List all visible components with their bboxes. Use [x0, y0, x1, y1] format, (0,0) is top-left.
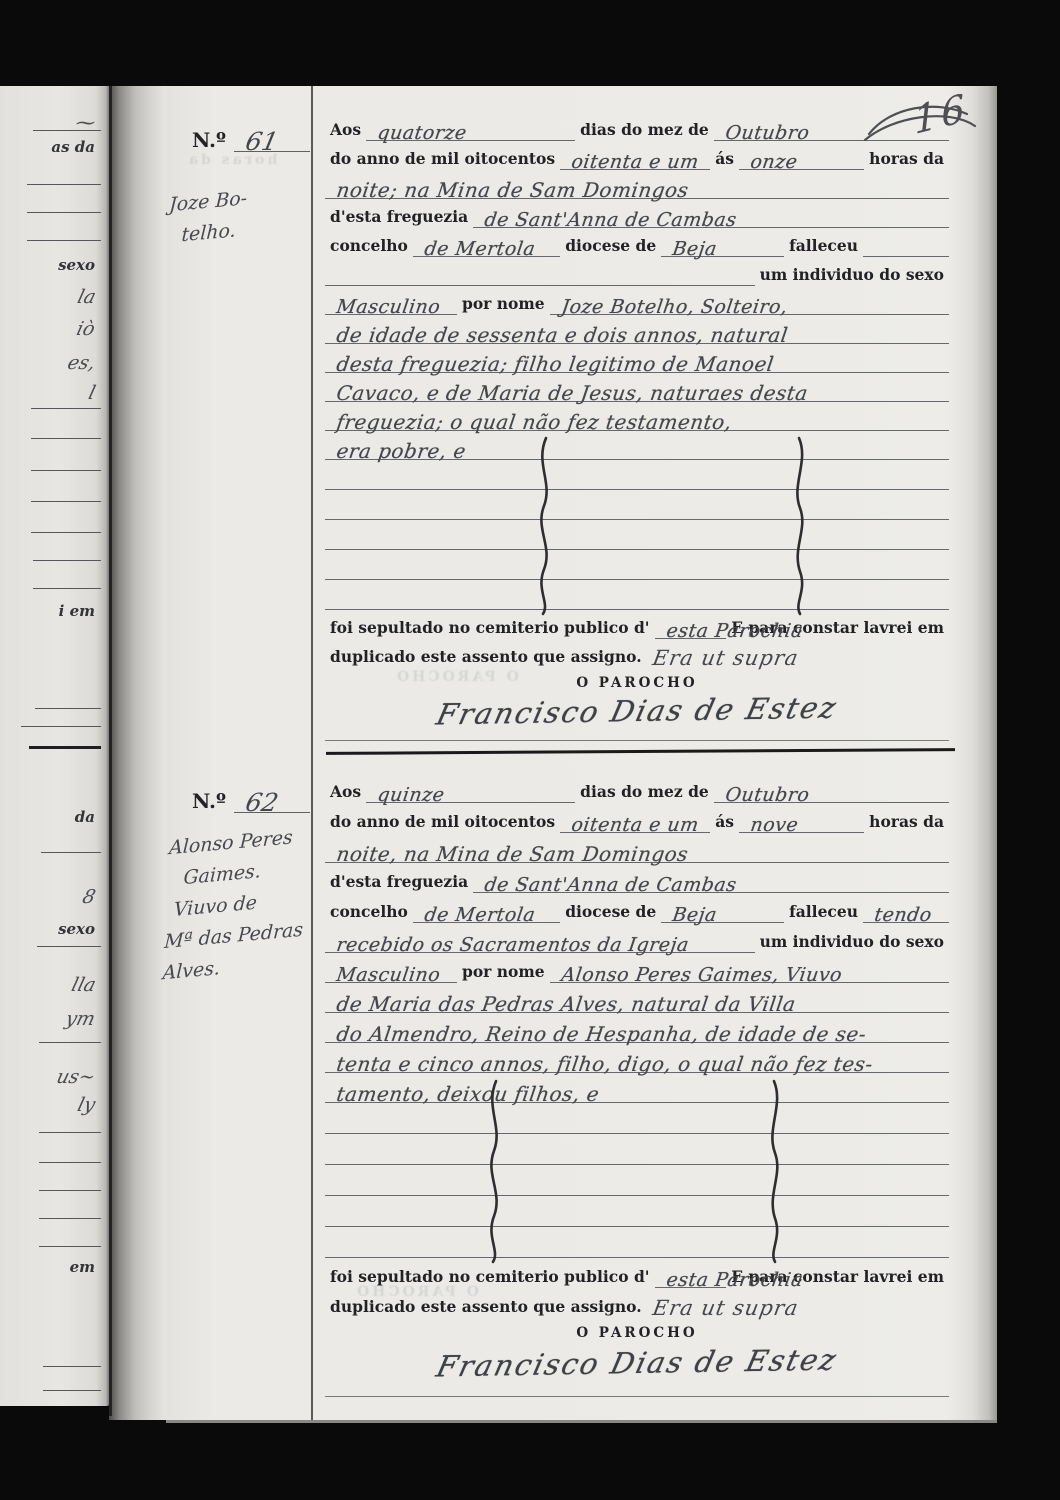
entry-margin-column: N.º 61 Joze Bo-telho.	[166, 112, 311, 741]
facing-page-rule	[43, 1390, 101, 1391]
printed-desta-freguezia: d'esta freguezia	[325, 207, 473, 228]
facing-page-rule	[31, 408, 101, 409]
printed-as: ás	[710, 149, 739, 170]
facing-page-thick-rule	[29, 746, 101, 749]
blank-line	[325, 580, 949, 610]
facing-page-rule	[31, 470, 101, 471]
ruled-line: tamento, deixou filhos, e	[325, 1072, 949, 1103]
printed-diocese-de: diocese de	[560, 902, 661, 923]
place-line: noite, na Mina de Sam Domingos	[325, 832, 949, 863]
ruled-line: Cavaco, e de Maria de Jesus, naturaes de…	[325, 372, 949, 402]
printed-aos: Aos	[325, 120, 366, 141]
facing-page-rule	[21, 726, 101, 727]
form-row-nome: Masculino por nome Joze Botelho, Solteir…	[325, 286, 949, 315]
priest-signature-row: Francisco Dias de Estez	[325, 694, 949, 741]
body-line-row: do Almendro, Reino de Hespanha, de idade…	[325, 1013, 949, 1043]
entry-number-row: N.º 62	[166, 773, 311, 813]
form-row-year-hour: do anno de mil oitocentos oitenta e um á…	[325, 803, 949, 833]
ink-bleedthrough: horas da	[186, 152, 278, 168]
printed-dias-do-mez: dias do mez de	[575, 782, 714, 803]
concelho-line: de Mertola	[413, 892, 560, 923]
body-line-row: desta freguezia; filho legitimo de Manoe…	[325, 344, 949, 373]
blank-line	[325, 490, 949, 520]
facing-page-ink-fragment: es,	[65, 352, 98, 374]
priest-signature-row: Francisco Dias de Estez	[325, 1346, 949, 1397]
entry-body-column: Aos quatorze dias do mez de Outubro do a…	[311, 112, 997, 741]
entry-divider-rule	[326, 748, 955, 755]
facing-page-rule	[33, 560, 101, 561]
form-row-duplicado: duplicado este assento que assigno. Era …	[325, 639, 949, 668]
entry-number-line: 61	[234, 111, 310, 152]
ink-bleedthrough: O PAROCHO	[354, 1284, 479, 1300]
printed-do-anno: do anno de mil oitocentos	[325, 149, 560, 170]
body-line-row: era pobre, e	[325, 431, 949, 460]
entry-number-line: 62	[234, 772, 310, 813]
sexo-line: Masculino	[325, 285, 457, 315]
facing-page-ink-fragment: 8	[80, 886, 98, 908]
priest-signature: Francisco Dias de Estez	[433, 691, 841, 732]
printed-concelho: concelho	[325, 902, 413, 923]
printed-falleceu: falleceu	[784, 236, 863, 257]
form-row-sepultado: foi sepultado no cemiterio publico d' es…	[325, 610, 949, 639]
priest-signature: Francisco Dias de Estez	[433, 1343, 841, 1384]
cancellation-squiggle-icon	[531, 436, 555, 616]
ruled-line: era pobre, e	[325, 430, 949, 460]
facing-page-text-fragment: sexo	[58, 920, 95, 938]
form-row-nome: Masculino por nome Alonso Peres Gaimes, …	[325, 953, 949, 983]
blank-line	[325, 460, 949, 490]
blank-line	[325, 550, 949, 580]
printed-do-anno: do anno de mil oitocentos	[325, 812, 560, 833]
form-row-concelho: concelho de Mertola diocese de Beja fall…	[325, 893, 949, 923]
scanned-register-page: ⁓as dasexolaiòes,li emda8sexollaymus~lye…	[0, 0, 1060, 1500]
facing-page-rule	[31, 532, 101, 533]
form-row-sacramentos: um individuo do sexo	[325, 257, 949, 286]
facing-page-ink-fragment: ly	[75, 1094, 97, 1116]
ruled-line: desta freguezia; filho legitimo de Manoe…	[325, 343, 949, 373]
diocese-line: Beja	[661, 227, 784, 257]
facing-page-rule	[39, 1042, 101, 1043]
blank-line	[325, 1165, 949, 1196]
form-row-date: Aos quinze dias do mez de Outubro	[325, 773, 949, 803]
entry-number-handwritten: 62	[243, 788, 281, 817]
facing-page-ink-fragment: lla	[69, 974, 98, 996]
book-gutter	[109, 86, 166, 1420]
form-row-place: noite, na Mina de Sam Domingos	[325, 833, 949, 863]
facing-page-rule	[41, 852, 101, 853]
facing-page-rule	[27, 212, 101, 213]
facing-page-ink-fragment: l	[86, 382, 98, 404]
month-line: Outubro	[714, 772, 949, 803]
hour-line: nove	[739, 802, 864, 833]
form-row-sacramentos: recebido os Sacramentos da Igreja um ind…	[325, 923, 949, 953]
blank-line	[325, 520, 949, 550]
handwritten-body-lines: de Maria das Pedras Alves, natural da Vi…	[325, 983, 949, 1103]
ruled-line: freguezia; o qual não fez testamento,	[325, 401, 949, 431]
facing-page-rule	[43, 1366, 101, 1367]
body-line-row: tenta e cinco annos, filho, digo, o qual…	[325, 1043, 949, 1073]
body-line-row: de Maria das Pedras Alves, natural da Vi…	[325, 983, 949, 1013]
death-record-entry: N.º 61 Joze Bo-telho. Aos quatorze dias …	[166, 112, 997, 741]
ruled-line: de Maria das Pedras Alves, natural da Vi…	[325, 982, 949, 1013]
hour-line: onze	[739, 140, 864, 170]
parocho-label: O PAROCHO	[576, 675, 697, 691]
entry-body-column: Aos quinze dias do mez de Outubro do ann…	[311, 773, 997, 1397]
entry-number-row: N.º 61	[166, 112, 311, 152]
printed-um-individuo: um individuo do sexo	[755, 265, 949, 286]
facing-page-text-fragment: sexo	[58, 256, 95, 274]
freguezia-line: de Sant'Anna de Cambas	[473, 198, 949, 228]
freguezia-line: de Sant'Anna de Cambas	[473, 862, 949, 893]
facing-page-rule	[27, 184, 101, 185]
day-line: quinze	[366, 772, 575, 803]
form-row-concelho: concelho de Mertola diocese de Beja fall…	[325, 228, 949, 257]
ruled-line: do Almendro, Reino de Hespanha, de idade…	[325, 1012, 949, 1043]
year-line: oitenta e um	[560, 802, 710, 833]
nome-line: Alonso Peres Gaimes, Viuvo	[550, 952, 949, 983]
facing-page-rule	[33, 130, 101, 131]
facing-page-rule	[33, 588, 101, 589]
diocese-line: Beja	[661, 892, 784, 923]
facing-page-rule	[31, 438, 101, 439]
margin-name-note: Alonso PeresGaimes.Viuvo deMª das Pedras…	[162, 821, 309, 989]
printed-dias-do-mez: dias do mez de	[575, 120, 714, 141]
cancellation-squiggle-icon	[481, 1079, 505, 1264]
printed-concelho: concelho	[325, 236, 413, 257]
printed-duplicado: duplicado este assento que assigno.	[325, 647, 647, 668]
sacramentos-line: recebido os Sacramentos da Igreja	[325, 922, 755, 953]
form-row-place: noite; na Mina de Sam Domingos	[325, 170, 949, 199]
printed-desta-freguezia: d'esta freguezia	[325, 872, 473, 893]
facing-page-rule	[39, 1190, 101, 1191]
facing-page-text-fragment: i em	[59, 602, 95, 620]
facing-page-rule	[35, 708, 101, 709]
sacramentos-line	[325, 256, 755, 286]
printed-duplicado: duplicado este assento que assigno.	[325, 1297, 647, 1318]
facing-page-rule	[39, 1218, 101, 1219]
binding-stitch-line	[109, 86, 112, 1416]
entry-number-label: N.º	[192, 789, 234, 813]
printed-por-nome: por nome	[457, 294, 550, 315]
ink-bleedthrough: O PAROCHO	[394, 669, 519, 685]
printed-as: ás	[710, 812, 739, 833]
facing-page-edge: ⁓as dasexolaiòes,li emda8sexollaymus~lye…	[0, 86, 109, 1406]
handwritten-body-lines: de idade de sessenta e dois annos, natur…	[325, 315, 949, 460]
printed-aos: Aos	[325, 782, 366, 803]
blank-line	[325, 1227, 949, 1258]
falleceu-line: tendo	[863, 892, 949, 923]
blank-ruled-lines	[325, 460, 949, 610]
year-line: oitenta e um	[560, 140, 710, 170]
body-line-row: de idade de sessenta e dois annos, natur…	[325, 315, 949, 344]
form-row-date: Aos quatorze dias do mez de Outubro	[325, 112, 949, 141]
handwritten-era-ut-supra: Era ut supra	[645, 646, 801, 670]
sepultura-line: esta Parochia	[655, 609, 727, 639]
facing-page-ink-fragment: iò	[75, 318, 98, 340]
printed-falleceu: falleceu	[784, 902, 863, 923]
parocho-heading-row: O PAROCHO	[325, 1318, 949, 1346]
handwritten-era-ut-supra: Era ut supra	[645, 1296, 801, 1320]
printed-diocese-de: diocese de	[560, 236, 661, 257]
falleceu-line	[863, 227, 949, 257]
death-record-entry: N.º 62 Alonso PeresGaimes.Viuvo deMª das…	[166, 773, 997, 1397]
facing-page-text-fragment: em	[70, 1258, 95, 1276]
facing-page-rule	[31, 501, 101, 502]
place-line: noite; na Mina de Sam Domingos	[325, 169, 949, 199]
facing-page-rule	[39, 1246, 101, 1247]
form-row-year-hour: do anno de mil oitocentos oitenta e um á…	[325, 141, 949, 170]
blank-line	[325, 1134, 949, 1165]
printed-foi-sepultado: foi sepultado no cemiterio publico d'	[325, 618, 655, 639]
printed-um-individuo: um individuo do sexo	[755, 932, 949, 953]
body-line-row: freguezia; o qual não fez testamento,	[325, 402, 949, 431]
day-line: quatorze	[366, 111, 575, 141]
parocho-label: O PAROCHO	[576, 1325, 697, 1341]
printed-horas-da: horas da	[864, 149, 949, 170]
margin-name-note: Joze Bo-telho.	[167, 183, 248, 252]
sexo-line: Masculino	[325, 952, 457, 983]
form-row-freguezia: d'esta freguezia de Sant'Anna de Cambas	[325, 863, 949, 893]
facing-page-ink-fragment: ym	[63, 1008, 97, 1030]
facing-page-rule	[39, 1132, 101, 1133]
facing-page-text-fragment: da	[75, 808, 95, 826]
concelho-line: de Mertola	[413, 227, 560, 257]
cancellation-squiggle-icon	[762, 1079, 786, 1264]
body-line-row: tamento, deixou filhos, e	[325, 1073, 949, 1103]
entry-margin-column: N.º 62 Alonso PeresGaimes.Viuvo deMª das…	[166, 773, 311, 1397]
facing-page-rule	[37, 946, 101, 947]
ruled-line: tenta e cinco annos, filho, digo, o qual…	[325, 1042, 949, 1073]
blank-ruled-lines	[325, 1103, 949, 1258]
cancellation-squiggle-icon	[787, 436, 811, 616]
month-line: Outubro	[714, 111, 949, 141]
blank-line	[325, 1103, 949, 1134]
printed-por-nome: por nome	[457, 962, 550, 983]
printed-horas-da: horas da	[864, 812, 949, 833]
facing-page-rule	[39, 1162, 101, 1163]
facing-page-ink-fragment: la	[75, 286, 98, 308]
facing-page-text-fragment: as da	[51, 138, 95, 156]
facing-page-rule	[27, 240, 101, 241]
nome-line: Joze Botelho, Solteiro,	[550, 285, 949, 315]
ruled-line: de idade de sessenta e dois annos, natur…	[325, 314, 949, 344]
facing-page-ink-fragment: us~	[54, 1066, 97, 1088]
blank-line	[325, 1196, 949, 1227]
sepultura-line: esta Parochia	[655, 1257, 727, 1288]
entry-number-label: N.º	[192, 128, 234, 152]
body-line-row: Cavaco, e de Maria de Jesus, naturaes de…	[325, 373, 949, 402]
form-row-freguezia: d'esta freguezia de Sant'Anna de Cambas	[325, 199, 949, 228]
register-page: 16 N.º 61 Joze Bo-telho. Aos quatorze	[166, 86, 997, 1420]
